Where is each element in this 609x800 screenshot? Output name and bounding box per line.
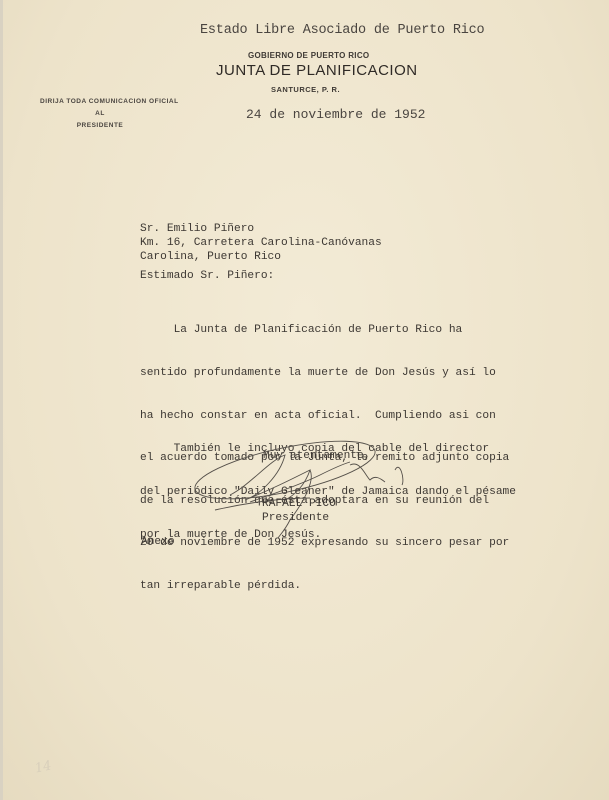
letterhead-agency: JUNTA DE PLANIFICACION <box>216 62 418 79</box>
page-edge <box>0 0 3 800</box>
side-note-line3: PRESIDENTE <box>40 122 160 129</box>
side-note-line1: DIRIJA TODA COMUNICACION OFICIAL <box>40 98 160 105</box>
letterhead-government: GOBIERNO DE PUERTO RICO <box>248 51 369 60</box>
signer-title: Presidente <box>262 511 329 525</box>
side-note-line2: AL <box>40 110 160 117</box>
salutation: Estimado Sr. Piñero: <box>140 269 274 283</box>
recipient-name: Sr. Emilio Piñero <box>140 222 382 236</box>
recipient-address1: Km. 16, Carretera Carolina-Canóvanas <box>140 236 382 250</box>
signer-name: RAFAEL PICO <box>262 497 336 511</box>
body-line: tan irreparable pérdida. <box>140 579 509 593</box>
body-line: sentido profundamente la muerte de Don J… <box>140 366 509 380</box>
enclosure-note: Anexo <box>141 535 175 549</box>
recipient-address2: Carolina, Puerto Rico <box>140 250 382 264</box>
letterhead-state: Estado Libre Asociado de Puerto Rico <box>200 23 484 38</box>
letter-date: 24 de noviembre de 1952 <box>246 107 425 122</box>
recipient-block: Sr. Emilio PiñeroKm. 16, Carretera Carol… <box>140 222 382 265</box>
letterhead-location: SANTURCE, P. R. <box>271 85 340 94</box>
body-line: La Junta de Planificación de Puerto Rico… <box>140 323 509 337</box>
